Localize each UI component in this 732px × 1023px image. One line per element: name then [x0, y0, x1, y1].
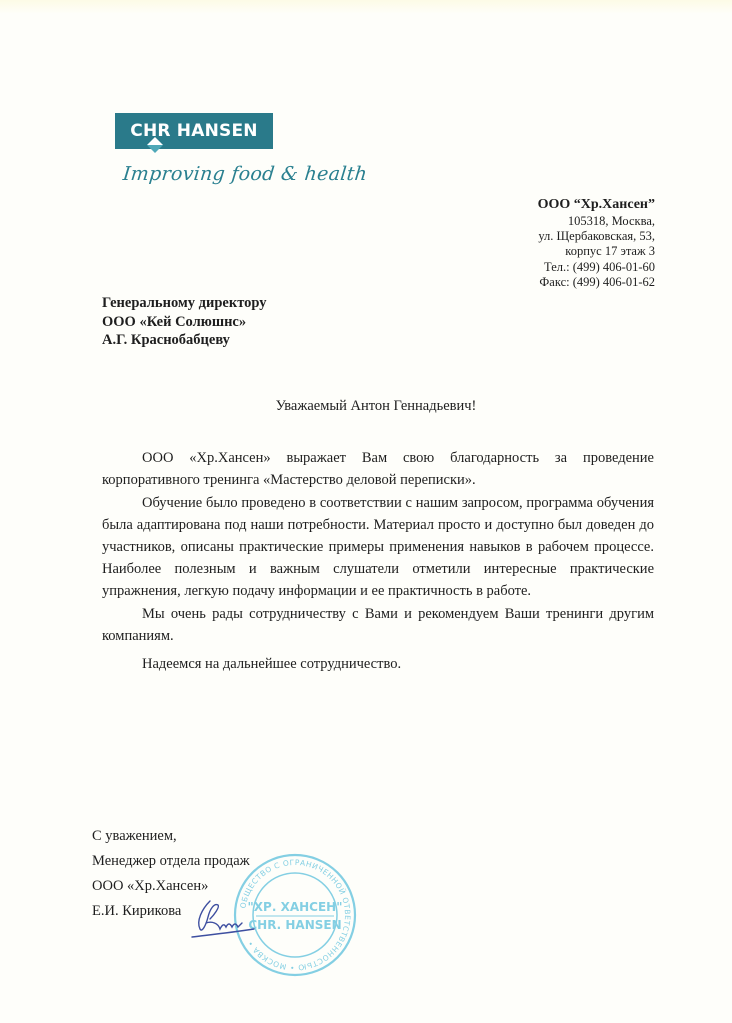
- logo-brand-text: CHR HANSEN: [115, 113, 273, 149]
- body-paragraph: Надеемся на дальнейшее сотрудничество.: [102, 653, 654, 675]
- svg-text:"ХР. ХАНСЕН": "ХР. ХАНСЕН": [248, 900, 343, 914]
- svg-text:CHR. HANSEN: CHR. HANSEN: [248, 918, 341, 932]
- sender-address: ООО “Хр.Хансен” 105318, Москва, ул. Щерб…: [538, 196, 655, 290]
- closing-regards: С уважением,: [92, 824, 250, 849]
- logo-tagline: Improving food & health: [122, 163, 368, 185]
- letter-body: ООО «Хр.Хансен» выражает Вам свою благод…: [102, 447, 654, 675]
- sender-line: 105318, Москва,: [538, 214, 655, 229]
- sender-line: корпус 17 этаж 3: [538, 244, 655, 259]
- recipient-company: ООО «Кей Солюшнс»: [102, 313, 267, 332]
- company-logo: CHR HANSEN: [115, 113, 273, 149]
- signature-icon: [188, 893, 258, 943]
- sender-line: ул. Щербаковская, 53,: [538, 229, 655, 244]
- body-paragraph: Мы очень рады сотрудничеству с Вами и ре…: [102, 603, 654, 647]
- salutation: Уважаемый Антон Геннадьевич!: [0, 398, 732, 415]
- body-paragraph: Обучение было проведено в соответствии с…: [102, 492, 654, 602]
- sender-phone: Тел.: (499) 406-01-60: [538, 260, 655, 275]
- scan-edge: [0, 0, 732, 14]
- recipient-block: Генеральному директору ООО «Кей Солюшнс»…: [102, 294, 267, 350]
- recipient-name: А.Г. Краснобабцеву: [102, 331, 267, 350]
- body-paragraph: ООО «Хр.Хансен» выражает Вам свою благод…: [102, 447, 654, 491]
- sender-company: ООО “Хр.Хансен”: [538, 196, 655, 214]
- recipient-title: Генеральному директору: [102, 294, 267, 313]
- signer-position: Менеджер отдела продаж: [92, 849, 250, 874]
- sender-fax: Факс: (499) 406-01-62: [538, 275, 655, 290]
- logo-diamond-icon: [147, 137, 163, 153]
